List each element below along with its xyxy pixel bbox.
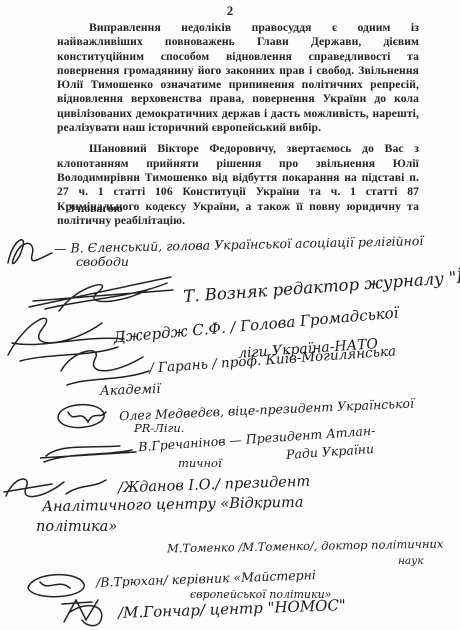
signature-text: М.Томенко /М.Томенко/, доктор політичних <box>167 537 444 556</box>
signature-text: /Жданов І.О./ президент <box>118 474 311 497</box>
signature-text: Ради України <box>286 441 375 462</box>
crossed-out-scribble <box>40 438 138 468</box>
signature-text: Олег Медведєв, віце-президент Українсько… <box>119 396 414 424</box>
signature-text: /В.Трюхан/ керівник «Майстерні <box>96 567 316 590</box>
signature-text: Аналітичного центру «Відкрита <box>42 495 304 516</box>
signature-text: політика» <box>36 519 117 535</box>
scanned-letter-page: 2 Виправлення недоліків правосуддя є одн… <box>0 0 460 630</box>
signature-text: тичної <box>178 456 222 470</box>
letter-paragraph-1: Виправлення недоліків правосуддя є одним… <box>57 21 419 135</box>
signature-text: PR-Ліги. <box>134 421 184 435</box>
signature-scribble <box>50 396 116 436</box>
signature-scribble <box>58 596 114 628</box>
signature-text: наук <box>398 555 424 567</box>
signature-text: Т. Возняк редактор журналу "Ї" <box>183 267 460 306</box>
letter-closing: З повагою <box>68 201 123 216</box>
signature-text: /М.Гончар/ центр "НОМОС" <box>118 596 346 622</box>
page-number: 2 <box>0 3 460 19</box>
signature-text: — В. Єленський, голова Української асоці… <box>54 233 424 256</box>
